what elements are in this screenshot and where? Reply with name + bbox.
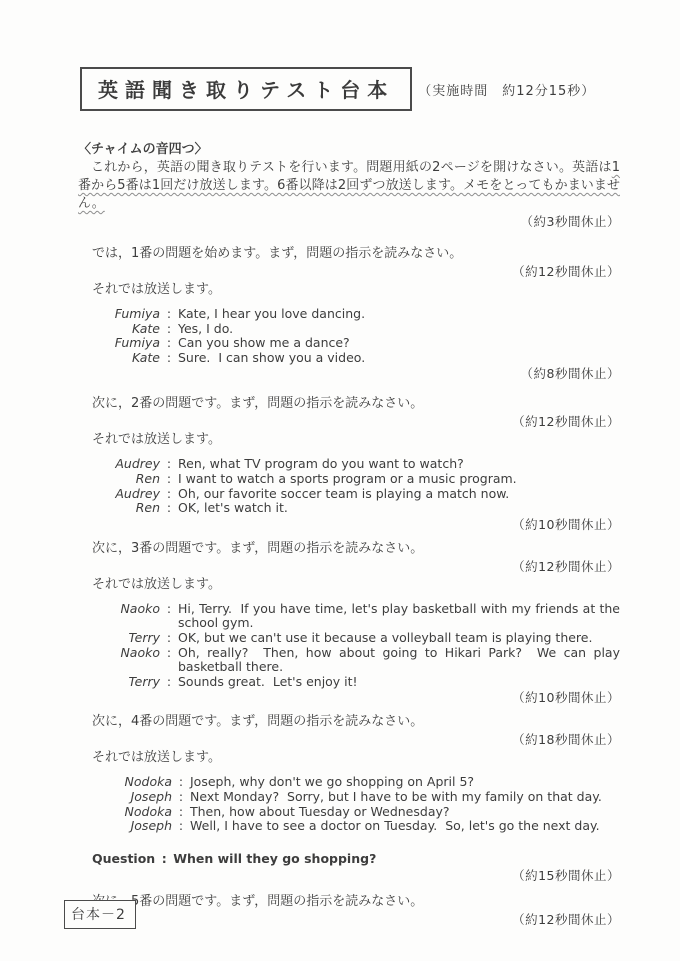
section-3-broadcast: それでは放送します。 [78,576,620,594]
section-1-lead: では，1番の問題を始めます。まず，問題の指示を読みなさい。 [78,245,620,263]
section-2-broadcast: それでは放送します。 [78,431,620,449]
speaker-separator: : [160,457,178,472]
dialogue-text: Joseph, why don't we go shopping on Apri… [190,775,620,790]
speaker-separator: : [172,790,190,805]
dialogue-line: Terry:OK, but we can't use it because a … [94,631,620,646]
dialogue-line: Joseph:Next Monday? Sorry, but I have to… [94,790,620,805]
page-number: 台本－2 [71,907,126,923]
speaker-name: Terry [94,675,160,690]
section-1: では，1番の問題を始めます。まず，問題の指示を読みなさい。 （約12秒間休止） … [78,245,620,383]
speaker-separator: : [160,631,178,646]
section-1-broadcast: それでは放送します。 [78,281,620,299]
speaker-separator: : [172,819,190,834]
section-3-pause-lead: （約12秒間休止） [78,558,620,576]
speaker-name: Kate [94,322,160,337]
speaker-name: Joseph [94,819,172,834]
speaker-name: Terry [94,631,160,646]
speaker-separator: : [172,805,190,820]
dialogue-line: Ren:OK, let's watch it. [94,501,620,516]
dialogue-text: I want to watch a sports program or a mu… [178,472,620,487]
section-5-pause-lead: （約12秒間休止） [78,911,620,929]
speaker-name: Audrey [94,457,160,472]
speaker-separator: : [160,351,178,366]
section-4-lead: 次に，4番の問題です。まず，問題の指示を読みなさい。 [78,713,620,731]
speaker-name: Nodoka [94,805,172,820]
section-5-lead: 次に，5番の問題です。まず，問題の指示を読みなさい。 [78,893,620,911]
dialogue-text: Next Monday? Sorry, but I have to be wit… [190,790,620,805]
pause-note-intro: （約3秒間休止） [78,213,620,231]
speaker-name: Nodoka [94,775,172,790]
speaker-name: Fumiya [94,307,160,322]
dialogue-line: Kate:Yes, I do. [94,322,620,337]
speaker-separator: : [160,322,178,337]
speaker-separator: : [160,501,178,516]
speaker-name: Fumiya [94,336,160,351]
section-3: 次に，3番の問題です。まず，問題の指示を読みなさい。 （約12秒間休止） それで… [78,540,620,708]
dialogue-text: Oh, really? Then, how about going to Hik… [178,646,620,675]
dialogue-text: OK, let's watch it. [178,501,620,516]
dialogue-line: Fumiya:Can you show me a dance? [94,336,620,351]
speaker-name: Ren [94,501,160,516]
dialogue-line: Audrey:Oh, our favorite soccer team is p… [94,487,620,502]
speaker-name: Ren [94,472,160,487]
dialogue-text: Well, I have to see a doctor on Tuesday.… [190,819,620,834]
dialogue-text: Oh, our favorite soccer team is playing … [178,487,620,502]
dialogue-text: Ren, what TV program do you want to watc… [178,457,620,472]
duration-note: （実施時間 約12分15秒） [418,80,595,99]
dialogue-line: Nodoka:Joseph, why don't we go shopping … [94,775,620,790]
dialogue-line: Terry:Sounds great. Let's enjoy it! [94,675,620,690]
section-5: 次に，5番の問題です。まず，問題の指示を読みなさい。 （約12秒間休止） [78,893,620,929]
section-2: 次に，2番の問題です。まず，問題の指示を読みなさい。 （約12秒間休止） それで… [78,395,620,533]
section-4-dialogue: Nodoka:Joseph, why don't we go shopping … [94,775,620,833]
speaker-separator: : [160,487,178,502]
dialogue-line: Nodoka:Then, how about Tuesday or Wednes… [94,805,620,820]
dialogue-text: Sure. I can show you a video. [178,351,620,366]
dialogue-line: Kate:Sure. I can show you a video. [94,351,620,366]
section-3-dialogue: Naoko:Hi, Terry. If you have time, let's… [94,602,620,690]
speaker-separator: : [160,675,178,690]
section-4: 次に，4番の問題です。まず，問題の指示を読みなさい。 （約18秒間休止） それで… [78,713,620,884]
speaker-separator: : [160,336,178,351]
page-title: 英語聞き取りテスト台本 [98,78,394,102]
test-script-page: 英語聞き取りテスト台本 （実施時間 約12分15秒） 〈チャイムの音四つ〉 これ… [0,0,680,961]
question-line: Question:When will they go shopping? [92,851,620,867]
speaker-name: Audrey [94,487,160,502]
dialogue-text: OK, but we can't use it because a volley… [178,631,620,646]
dialogue-text: Can you show me a dance? [178,336,620,351]
dialogue-line: Fumiya:Kate, I hear you love dancing. [94,307,620,322]
section-1-dialogue: Fumiya:Kate, I hear you love dancing. Ka… [94,307,620,365]
dialogue-text: Kate, I hear you love dancing. [178,307,620,322]
speaker-name: Naoko [94,646,160,675]
speaker-separator: : [172,775,190,790]
intro-text-plain: これから，英語の聞き取りテストを行います。問題用紙の2ページを開けなさい。英語は [91,160,612,175]
dialogue-line: Ren:I want to watch a sports program or … [94,472,620,487]
section-2-lead: 次に，2番の問題です。まず，問題の指示を読みなさい。 [78,395,620,413]
section-2-pause-lead: （約12秒間休止） [78,413,620,431]
section-2-pause-dialogue: （約10秒間休止） [78,516,620,534]
section-1-pause-lead: （約12秒間休止） [78,263,620,281]
question-separator: : [155,851,173,867]
speaker-separator: : [160,646,178,675]
section-4-pause-lead: （約18秒間休止） [78,731,620,749]
dialogue-line: Joseph:Well, I have to see a doctor on T… [94,819,620,834]
intro-paragraph: これから，英語の聞き取りテストを行います。問題用紙の2ページを開けなさい。英語は… [78,159,620,213]
section-2-dialogue: Audrey:Ren, what TV program do you want … [94,457,620,515]
section-4-broadcast: それでは放送します。 [78,749,620,767]
header: 英語聞き取りテスト台本 （実施時間 約12分15秒） [80,67,620,111]
dialogue-line: Naoko:Hi, Terry. If you have time, let's… [94,602,620,631]
section-1-pause-dialogue: （約8秒間休止） [78,365,620,383]
title-box: 英語聞き取りテスト台本 [80,67,412,111]
dialogue-line: Naoko:Oh, really? Then, how about going … [94,646,620,675]
dialogue-text: Yes, I do. [178,322,620,337]
speaker-name: Kate [94,351,160,366]
section-3-pause-dialogue: （約10秒間休止） [78,689,620,707]
dialogue-text: Sounds great. Let's enjoy it! [178,675,620,690]
dialogue-line: Audrey:Ren, what TV program do you want … [94,457,620,472]
section-4-pause-question: （約15秒間休止） [78,867,620,885]
page-number-box: 台本－2 [64,900,136,929]
section-3-lead: 次に，3番の問題です。まず，問題の指示を読みなさい。 [78,540,620,558]
question-text: When will they go shopping? [173,851,376,867]
speaker-separator: : [160,472,178,487]
speaker-separator: : [160,307,178,322]
dialogue-text: Hi, Terry. If you have time, let's play … [178,602,620,631]
question-label: Question [92,851,155,867]
speaker-name: Naoko [94,602,160,631]
dialogue-text: Then, how about Tuesday or Wednesday? [190,805,620,820]
speaker-name: Joseph [94,790,172,805]
speaker-separator: : [160,602,178,631]
chime-note: 〈チャイムの音四つ〉 [78,141,620,159]
